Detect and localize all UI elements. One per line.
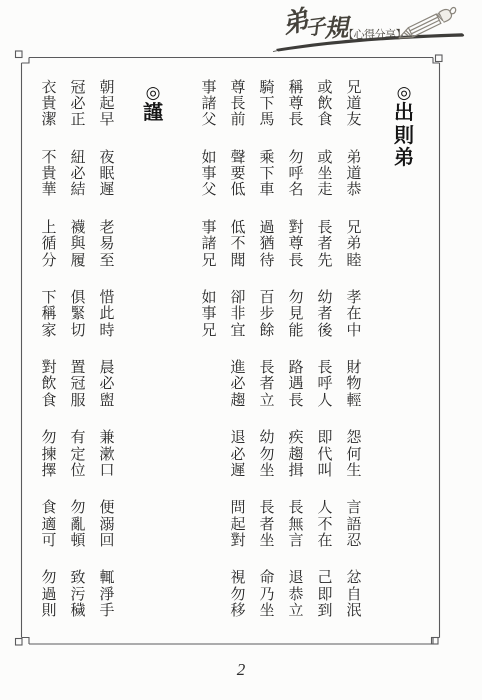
char: 諸 [201, 236, 217, 252]
char: 退 [230, 430, 246, 446]
phrase: 下稱家 [41, 290, 57, 339]
char: 食 [317, 112, 333, 128]
phrase: 襪與履 [70, 220, 86, 269]
text-column: 兄道友弟道恭兄弟睦孝在中財物輕怨何生言語忍忿自泯 [346, 80, 362, 641]
char: 必 [70, 96, 86, 112]
phrase: 勿亂頓 [70, 500, 86, 549]
char: 上 [41, 220, 57, 236]
char: 見 [288, 306, 304, 322]
char: 必 [230, 447, 246, 463]
char: 呼 [317, 376, 333, 392]
phrase: 兄道友 [346, 80, 362, 129]
text-column: 事諸父如事父事諸兄如事兄 [201, 80, 217, 360]
char: 即 [317, 430, 333, 446]
char: 長 [259, 500, 275, 516]
phrase: 怨何生 [346, 430, 362, 479]
char: 退 [288, 570, 304, 586]
char: 正 [70, 112, 86, 128]
pencil-icon [385, 0, 479, 48]
phrase: 或飲食 [317, 80, 333, 129]
phrase: 事諸父 [201, 80, 217, 129]
char: 稱 [288, 80, 304, 96]
phrase: 勿見能 [288, 290, 304, 339]
char: 坐 [259, 533, 275, 549]
section-title-char: 謹 [141, 102, 165, 125]
phrase: 疾趨揖 [288, 430, 304, 479]
char: 視 [230, 570, 246, 586]
phrase: 退恭立 [288, 570, 304, 619]
phrase: 食適可 [41, 500, 57, 549]
phrase: 輒淨手 [99, 570, 115, 619]
char: 可 [41, 533, 57, 549]
char: 人 [317, 393, 333, 409]
char: 淨 [99, 587, 115, 603]
char: 早 [99, 112, 115, 128]
corner-square-top-right [436, 55, 443, 62]
section-title-column: ◎出則弟 [392, 80, 416, 170]
char: 諸 [201, 96, 217, 112]
char: 代 [317, 447, 333, 463]
char: 趨 [288, 447, 304, 463]
char: 或 [317, 80, 333, 96]
phrase: 長者立 [259, 360, 275, 409]
phrase: 衣貴潔 [41, 80, 57, 129]
char: 生 [346, 463, 362, 479]
char: 弟 [346, 236, 362, 252]
char: 家 [41, 323, 57, 339]
char: 者 [317, 236, 333, 252]
char: 揖 [288, 463, 304, 479]
phrase: 如事兄 [201, 290, 217, 339]
brand-title: 弟子規 [282, 2, 347, 39]
phrase: 幼勿坐 [259, 430, 275, 479]
char: 恭 [288, 587, 304, 603]
char: 幼 [317, 290, 333, 306]
char: 擇 [41, 463, 57, 479]
phrase: 勿呼名 [288, 150, 304, 199]
char: 勿 [288, 290, 304, 306]
char: 乃 [259, 587, 275, 603]
section-title-char: 則 [392, 125, 416, 148]
char: 必 [99, 376, 115, 392]
phrase: 忿自泯 [346, 570, 362, 619]
char: 即 [317, 587, 333, 603]
char: 口 [99, 463, 115, 479]
char: 對 [41, 360, 57, 376]
char: 尊 [288, 236, 304, 252]
char: 卻 [230, 290, 246, 306]
char: 事 [201, 220, 217, 236]
char: 道 [346, 96, 362, 112]
char: 不 [41, 150, 57, 166]
char: 遇 [288, 376, 304, 392]
char: 尊 [288, 96, 304, 112]
char: 長 [230, 96, 246, 112]
phrase: 進必趨 [230, 360, 246, 409]
brand-title-char: 規 [323, 7, 348, 43]
char: 必 [230, 376, 246, 392]
char: 趨 [230, 393, 246, 409]
char: 父 [201, 112, 217, 128]
phrase: 惜此時 [99, 290, 115, 339]
char: 事 [201, 306, 217, 322]
page-number: 2 [0, 660, 482, 680]
char: 非 [230, 306, 246, 322]
phrase: 置冠服 [70, 360, 86, 409]
char: 泯 [346, 603, 362, 619]
char: 名 [288, 182, 304, 198]
char: 勿 [259, 447, 275, 463]
char: 何 [346, 447, 362, 463]
char: 下 [41, 290, 57, 306]
phrase: 勿揀擇 [41, 430, 57, 479]
char: 進 [230, 360, 246, 376]
char: 無 [288, 517, 304, 533]
char: 事 [201, 80, 217, 96]
char: 下 [259, 96, 275, 112]
char: 不 [230, 236, 246, 252]
char: 時 [99, 323, 115, 339]
char: 溺 [99, 517, 115, 533]
char: 車 [259, 182, 275, 198]
char: 餘 [259, 323, 275, 339]
char: 不 [317, 517, 333, 533]
phrase: 聲要低 [230, 150, 246, 199]
char: 朝 [99, 80, 115, 96]
char: 友 [346, 112, 362, 128]
char: 冠 [70, 80, 86, 96]
char: 起 [99, 96, 115, 112]
text-column: 衣貴潔不貴華上循分下稱家對飲食勿揀擇食適可勿過則 [41, 80, 57, 641]
phrase: 路遇長 [288, 360, 304, 409]
char: 頓 [70, 533, 86, 549]
text-column: 稱尊長勿呼名對尊長勿見能路遇長疾趨揖長無言退恭立 [288, 80, 304, 641]
phrase: 幼者後 [317, 290, 333, 339]
char: 遲 [230, 463, 246, 479]
section-marker-icon: ◎ [392, 83, 416, 102]
char: 者 [259, 517, 275, 533]
char: 手 [99, 603, 115, 619]
char: 低 [230, 182, 246, 198]
char: 如 [201, 290, 217, 306]
char: 必 [70, 166, 86, 182]
char: 長 [259, 360, 275, 376]
phrase: 騎下馬 [259, 80, 275, 129]
char: 勿 [41, 570, 57, 586]
char: 食 [41, 393, 57, 409]
char: 漱 [99, 447, 115, 463]
char: 道 [346, 166, 362, 182]
phrase: 紐必結 [70, 150, 86, 199]
phrase: 有定位 [70, 430, 86, 479]
char: 稱 [41, 306, 57, 322]
char: 勿 [288, 150, 304, 166]
corner-step-top-left [22, 58, 30, 64]
char: 叫 [317, 463, 333, 479]
char: 置 [70, 360, 86, 376]
char: 如 [201, 150, 217, 166]
phrase: 命乃坐 [259, 570, 275, 619]
phrase: 稱尊長 [288, 80, 304, 129]
char: 或 [317, 150, 333, 166]
char: 宜 [230, 323, 246, 339]
phrase: 長呼人 [317, 360, 333, 409]
char: 在 [317, 533, 333, 549]
char: 致 [70, 570, 86, 586]
char: 前 [230, 112, 246, 128]
phrase: 晨必盥 [99, 360, 115, 409]
char: 定 [70, 447, 86, 463]
char: 立 [259, 393, 275, 409]
char: 華 [41, 182, 57, 198]
char: 便 [99, 500, 115, 516]
phrase: 朝起早 [99, 80, 115, 129]
section-title-char: 出 [392, 102, 416, 125]
phrase: 言語忍 [346, 500, 362, 549]
phrase: 兼漱口 [99, 430, 115, 479]
char: 長 [317, 220, 333, 236]
char: 污 [70, 587, 86, 603]
char: 自 [346, 587, 362, 603]
corner-square-top-left [16, 51, 23, 58]
phrase: 便溺回 [99, 500, 115, 549]
char: 對 [288, 220, 304, 236]
char: 命 [259, 570, 275, 586]
char: 恭 [346, 182, 362, 198]
phrase: 長者先 [317, 220, 333, 269]
char: 服 [70, 393, 86, 409]
char: 百 [259, 290, 275, 306]
phrase: 長無言 [288, 500, 304, 549]
char: 衣 [41, 80, 57, 96]
corner-step-top-right [433, 58, 440, 64]
char: 移 [230, 603, 246, 619]
phrase: 孝在中 [346, 290, 362, 339]
char: 潔 [41, 112, 57, 128]
phrase: 弟道恭 [346, 150, 362, 199]
phrase: 夜眠遲 [99, 150, 115, 199]
phrase: 財物輕 [346, 360, 362, 409]
char: 坐 [259, 463, 275, 479]
phrase: 上循分 [41, 220, 57, 269]
phrase: 老易至 [99, 220, 115, 269]
char: 輒 [99, 570, 115, 586]
char: 要 [230, 166, 246, 182]
phrase: 如事父 [201, 150, 217, 199]
phrase: 人不在 [317, 500, 333, 549]
char: 父 [201, 182, 217, 198]
char: 人 [317, 500, 333, 516]
char: 履 [70, 253, 86, 269]
char: 怨 [346, 430, 362, 446]
char: 長 [288, 393, 304, 409]
text-column: 冠必正紐必結襪與履俱緊切置冠服有定位勿亂頓致污穢 [70, 80, 86, 641]
char: 幼 [259, 430, 275, 446]
char: 勿 [70, 500, 86, 516]
char: 疾 [288, 430, 304, 446]
phrase: 視勿移 [230, 570, 246, 619]
section-title-column: ◎謹 [141, 80, 165, 125]
char: 遲 [99, 182, 115, 198]
char: 在 [346, 306, 362, 322]
char: 分 [41, 253, 57, 269]
char: 馬 [259, 112, 275, 128]
phrase: 即代叫 [317, 430, 333, 479]
char: 位 [70, 463, 86, 479]
phrase: 尊長前 [230, 80, 246, 129]
char: 循 [41, 236, 57, 252]
phrase: 低不聞 [230, 220, 246, 269]
char: 眠 [99, 166, 115, 182]
text-area: ◎出則弟兄道友弟道恭兄弟睦孝在中財物輕怨何生言語忍忿自泯或飲食或坐走長者先幼者後… [28, 80, 416, 641]
char: 聞 [230, 253, 246, 269]
char: 晨 [99, 360, 115, 376]
char: 言 [288, 533, 304, 549]
phrase: 對飲食 [41, 360, 57, 409]
text-column: 或飲食或坐走長者先幼者後長呼人即代叫人不在己即到 [317, 80, 333, 641]
char: 老 [99, 220, 115, 236]
char: 揀 [41, 447, 57, 463]
char: 睦 [346, 253, 362, 269]
char: 穢 [70, 603, 86, 619]
char: 忍 [346, 533, 362, 549]
char: 先 [317, 253, 333, 269]
char: 起 [230, 517, 246, 533]
char: 結 [70, 182, 86, 198]
char: 紐 [70, 150, 86, 166]
char: 兄 [201, 253, 217, 269]
char: 低 [230, 220, 246, 236]
char: 長 [288, 112, 304, 128]
char: 長 [317, 360, 333, 376]
char: 飲 [41, 376, 57, 392]
char: 有 [70, 430, 86, 446]
char: 忿 [346, 570, 362, 586]
section-title-char: 弟 [392, 147, 416, 170]
char: 盥 [99, 393, 115, 409]
char: 語 [346, 517, 362, 533]
char: 待 [259, 253, 275, 269]
char: 食 [41, 500, 57, 516]
text-column: 朝起早夜眠遲老易至惜此時晨必盥兼漱口便溺回輒淨手 [99, 80, 115, 641]
char: 冠 [70, 376, 86, 392]
phrase: 事諸兄 [201, 220, 217, 269]
char: 兼 [99, 430, 115, 446]
char: 立 [288, 603, 304, 619]
char: 己 [317, 570, 333, 586]
char: 貴 [41, 96, 57, 112]
char: 物 [346, 376, 362, 392]
char: 尊 [230, 80, 246, 96]
char: 長 [288, 253, 304, 269]
char: 夜 [99, 150, 115, 166]
char: 飲 [317, 96, 333, 112]
phrase: 問起對 [230, 500, 246, 549]
char: 聲 [230, 150, 246, 166]
char: 呼 [288, 166, 304, 182]
char: 長 [288, 500, 304, 516]
phrase: 對尊長 [288, 220, 304, 269]
char: 下 [259, 166, 275, 182]
char: 切 [70, 323, 86, 339]
char: 後 [317, 323, 333, 339]
char: 步 [259, 306, 275, 322]
char: 輕 [346, 393, 362, 409]
char: 對 [230, 533, 246, 549]
char: 此 [99, 306, 115, 322]
char: 言 [346, 500, 362, 516]
phrase: 兄弟睦 [346, 220, 362, 269]
char: 中 [346, 323, 362, 339]
char: 者 [317, 306, 333, 322]
phrase: 冠必正 [70, 80, 86, 129]
char: 則 [41, 603, 57, 619]
phrase: 俱緊切 [70, 290, 86, 339]
char: 與 [70, 236, 86, 252]
char: 惜 [99, 290, 115, 306]
char: 俱 [70, 290, 86, 306]
char: 過 [41, 587, 57, 603]
char: 過 [259, 220, 275, 236]
char: 兄 [346, 220, 362, 236]
phrase: 過猶待 [259, 220, 275, 269]
char: 走 [317, 182, 333, 198]
char: 事 [201, 166, 217, 182]
char: 勿 [230, 587, 246, 603]
char: 襪 [70, 220, 86, 236]
section-marker-icon: ◎ [141, 83, 165, 102]
char: 貴 [41, 166, 57, 182]
text-column: 尊長前聲要低低不聞卻非宜進必趨退必遲問起對視勿移 [230, 80, 246, 641]
char: 猶 [259, 236, 275, 252]
char: 亂 [70, 517, 86, 533]
char: 弟 [346, 150, 362, 166]
char: 兄 [201, 323, 217, 339]
phrase: 長者坐 [259, 500, 275, 549]
char: 問 [230, 500, 246, 516]
char: 至 [99, 253, 115, 269]
char: 緊 [70, 306, 86, 322]
char: 騎 [259, 80, 275, 96]
char: 坐 [259, 603, 275, 619]
phrase: 致污穢 [70, 570, 86, 619]
char: 兄 [346, 80, 362, 96]
char: 能 [288, 323, 304, 339]
char: 回 [99, 533, 115, 549]
char: 財 [346, 360, 362, 376]
char: 易 [99, 236, 115, 252]
phrase: 百步餘 [259, 290, 275, 339]
phrase: 勿過則 [41, 570, 57, 619]
char: 路 [288, 360, 304, 376]
phrase: 不貴華 [41, 150, 57, 199]
char: 勿 [41, 430, 57, 446]
scanned-page: 弟子規 【心得分享】 ◎出則弟兄道友弟道恭兄弟睦孝在中財物輕怨何 [0, 0, 482, 700]
phrase: 退必遲 [230, 430, 246, 479]
corner-square-bottom-left [16, 639, 23, 646]
phrase: 己即到 [317, 570, 333, 619]
phrase: 卻非宜 [230, 290, 246, 339]
char: 適 [41, 517, 57, 533]
char: 者 [259, 376, 275, 392]
char: 乘 [259, 150, 275, 166]
char: 孝 [346, 290, 362, 306]
char: 坐 [317, 166, 333, 182]
phrase: 乘下車 [259, 150, 275, 199]
char: 到 [317, 603, 333, 619]
text-column: 騎下馬乘下車過猶待百步餘長者立幼勿坐長者坐命乃坐 [259, 80, 275, 641]
phrase: 或坐走 [317, 150, 333, 199]
